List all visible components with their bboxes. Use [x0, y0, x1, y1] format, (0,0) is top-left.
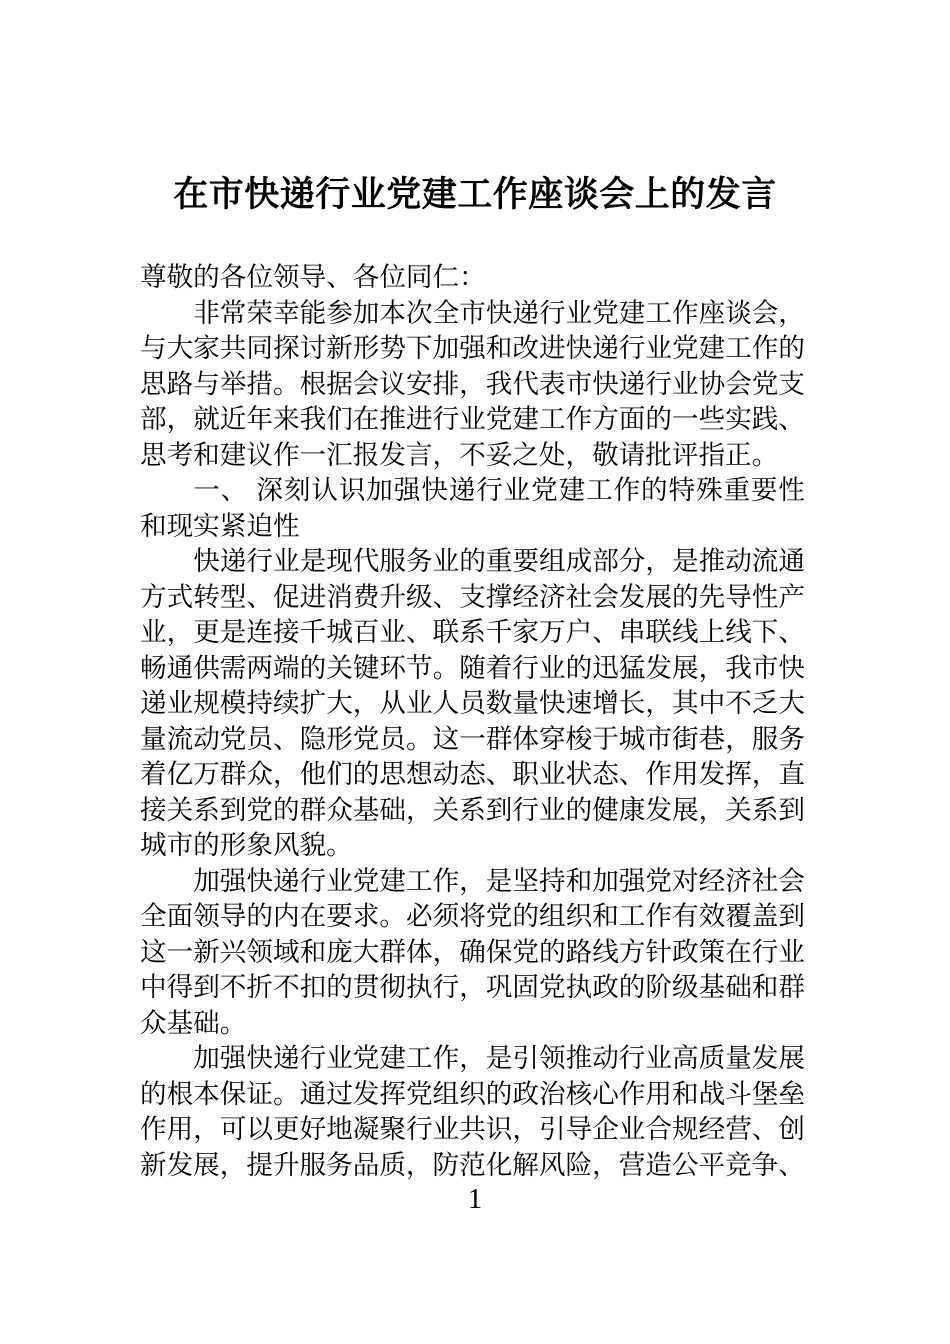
document-body: 尊敬的各位领导、各位同仁： 非常荣幸能参加本次全市快递行业党建工作座谈会，与大家…: [140, 260, 805, 1183]
body-paragraph: 加强快递行业党建工作，是引领推动行业高质量发展的根本保证。通过发挥党组织的政治核…: [140, 1041, 805, 1183]
greeting-paragraph: 尊敬的各位领导、各位同仁：: [140, 260, 805, 296]
intro-paragraph: 非常荣幸能参加本次全市快递行业党建工作座谈会，与大家共同探讨新形势下加强和改进快…: [140, 296, 805, 474]
page-number: 1: [0, 1183, 950, 1215]
body-paragraph: 加强快递行业党建工作，是坚持和加强党对经济社会全面领导的内在要求。必须将党的组织…: [140, 864, 805, 1042]
section-heading: 一、 深刻认识加强快递行业党建工作的特殊重要性和现实紧迫性: [140, 473, 805, 544]
body-paragraph: 快递行业是现代服务业的重要组成部分，是推动流通方式转型、促进消费升级、支撑经济社…: [140, 544, 805, 864]
document-page: 在市快递行业党建工作座谈会上的发言 尊敬的各位领导、各位同仁： 非常荣幸能参加本…: [0, 0, 950, 1344]
document-title: 在市快递行业党建工作座谈会上的发言: [0, 0, 950, 218]
